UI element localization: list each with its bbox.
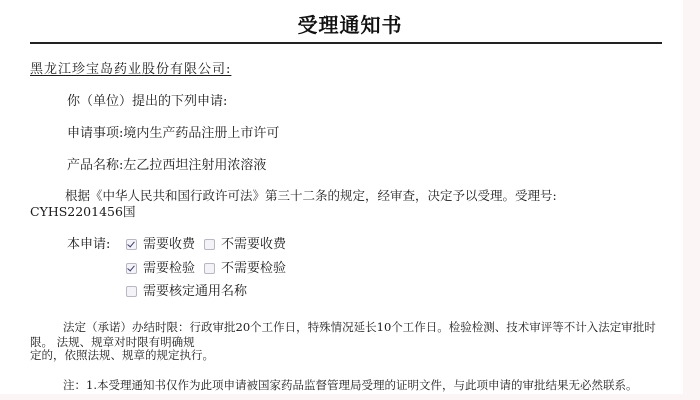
document-title: 受理通知书	[0, 9, 700, 38]
addressee: 黑龙江珍宝岛药业股份有限公司:	[30, 62, 231, 77]
application-item: 申请事项:境内生产药品注册上市许可	[67, 126, 279, 141]
checkbox-checked-icon[interactable]	[126, 239, 137, 250]
legal-basis-text: 根据《中华人民共和国行政许可法》第三十二条的规定，经审查，决定予以受理。受理号:	[65, 188, 557, 203]
intro-text: 你（单位）提出的下列申请:	[67, 94, 227, 109]
checkbox-unchecked-icon[interactable]	[204, 239, 215, 250]
option-generic-name-required[interactable]: 需要核定通用名称	[126, 284, 247, 299]
application-options-label: 本申请:	[67, 237, 110, 252]
application-item-value: 境内生产药品注册上市许可	[123, 126, 279, 141]
option-label: 不需要检验	[221, 261, 286, 276]
checkbox-checked-icon[interactable]	[126, 263, 137, 274]
title-divider	[30, 42, 662, 44]
option-label: 需要收费	[143, 237, 195, 252]
checkbox-unchecked-icon[interactable]	[126, 286, 137, 297]
option-inspection-not-required[interactable]: 不需要检验	[204, 261, 286, 276]
page-edge-shadow	[683, 0, 700, 400]
option-label: 需要核定通用名称	[143, 284, 247, 299]
time-limit-text-line1: 法定（承诺）办结时限：行政审批20个工作日，特殊情况延长10个工作日。检验检测、…	[63, 320, 656, 335]
product-name-value: 左乙拉西坦注射用浓溶液	[123, 158, 266, 173]
fee-options-row: 需要收费 不需要收费	[126, 237, 295, 252]
option-fee-not-required[interactable]: 不需要收费	[204, 237, 286, 252]
inspection-options-row: 需要检验 不需要检验	[126, 261, 295, 276]
product-name: 产品名称:左乙拉西坦注射用浓溶液	[67, 158, 266, 173]
option-fee-required[interactable]: 需要收费	[126, 237, 195, 252]
page-bottom-shadow	[0, 394, 700, 400]
option-label: 不需要收费	[221, 237, 286, 252]
time-limit-text-line3: 定的，依照法规、规章的规定执行。	[30, 348, 214, 363]
footnote: 注：1.本受理通知书仅作为此项申请被国家药品监督管理局受理的证明文件，与此项申请…	[63, 378, 637, 393]
checkbox-unchecked-icon[interactable]	[204, 263, 215, 274]
acceptance-number: CYHS2201456国	[30, 204, 135, 219]
product-name-label: 产品名称:	[67, 158, 123, 173]
application-item-label: 申请事项:	[67, 126, 123, 141]
generic-name-options-row: 需要核定通用名称	[126, 284, 256, 299]
option-inspection-required[interactable]: 需要检验	[126, 261, 195, 276]
option-label: 需要检验	[143, 261, 195, 276]
